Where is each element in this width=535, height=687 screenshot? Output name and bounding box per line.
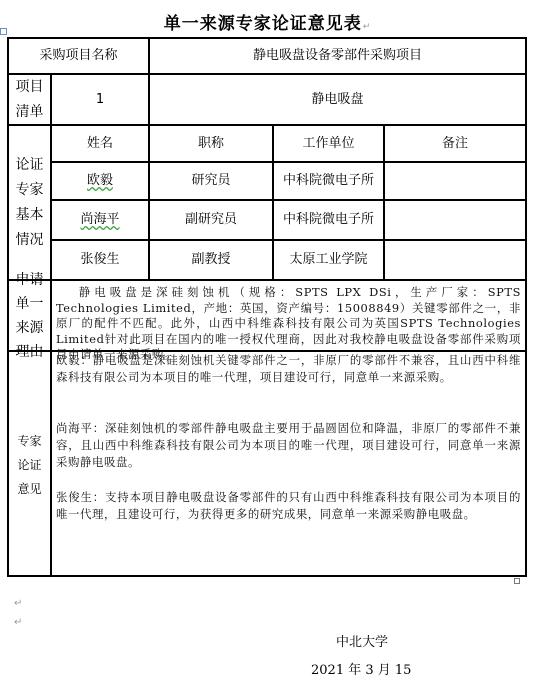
paragraph-mark-icon: ↵ — [14, 617, 22, 628]
expert-name-text: 张俊生 — [80, 252, 119, 268]
expert-name: 欧毅 — [52, 163, 148, 199]
expert-title-text: 副研究员 — [185, 212, 237, 228]
reason-label-line: 来源 — [16, 316, 44, 340]
expert-opinion-table: 采购项目名称 静电吸盘设备零部件采购项目 项目 清单 1 静电吸盘 论证 专家 … — [7, 37, 527, 577]
expert-unit: 中科院微电子所 — [274, 163, 383, 199]
header-text: 姓名 — [87, 136, 113, 152]
project-name-value-text: 静电吸盘设备零部件采购项目 — [253, 48, 422, 64]
header-text: 工作单位 — [302, 136, 354, 152]
signature-date-text: 2021 年 3 月 15 — [311, 663, 411, 678]
opinion-label-line: 论证 — [17, 453, 41, 477]
expert-unit: 中科院微电子所 — [274, 201, 383, 239]
opinion-label-line: 意见 — [17, 477, 41, 501]
experts-label-line: 论证 — [16, 153, 44, 178]
opinion-shanghaiping: 尚海平：深硅刻蚀机的零部件静电吸盘主要用于晶圆固位和降温，非原厂的零部件不兼容，… — [56, 420, 521, 471]
paragraph-mark-icon: ↵ — [14, 598, 22, 609]
expert-title: 副教授 — [150, 241, 272, 279]
expert-name-text: 欧毅 — [87, 173, 113, 189]
expert-note — [385, 241, 525, 279]
expert-name: 张俊生 — [52, 241, 148, 279]
header-unit: 工作单位 — [274, 126, 383, 161]
expert-note — [385, 163, 525, 199]
expert-title-text: 研究员 — [191, 173, 230, 189]
item-name: 静电吸盘 — [150, 75, 525, 124]
reason-text: 静电吸盘是深硅刻蚀机（规格：SPTS LPX DSi，生产厂家：SPTS Tec… — [56, 285, 521, 363]
experts-label-line: 专家 — [16, 178, 44, 203]
project-name-value: 静电吸盘设备零部件采购项目 — [150, 39, 525, 73]
header-name: 姓名 — [52, 126, 148, 161]
expert-name-text: 尚海平 — [80, 212, 119, 228]
project-name-label: 采购项目名称 — [9, 39, 148, 73]
header-text: 职称 — [198, 136, 224, 152]
reason-label-line: 申请 — [16, 268, 44, 292]
expert-name: 尚海平 — [52, 201, 148, 239]
item-name-text: 静电吸盘 — [311, 92, 363, 108]
item-list-label-line: 项目 — [16, 75, 44, 100]
header-note: 备注 — [385, 126, 525, 161]
opinion-text: 欧毅：静电吸盘是深硅刻蚀机关键零部件之一，非原厂的零部件不兼容，且山西中科维森科… — [56, 353, 521, 384]
expert-unit: 太原工业学院 — [274, 241, 383, 279]
document-title: 单一来源专家论证意见表↵ — [0, 9, 535, 34]
item-number-text: 1 — [96, 92, 104, 108]
opinion-zhangjunsheng: 张俊生：支持本项目静电吸盘设备零部件的只有山西中科维森科技有限公司为本项目的唯一… — [56, 489, 521, 523]
expert-title: 研究员 — [150, 163, 272, 199]
item-list-label-line: 清单 — [16, 100, 44, 125]
expert-note — [385, 201, 525, 239]
expert-unit-text: 中科院微电子所 — [283, 212, 374, 228]
reason-paragraph: 静电吸盘是深硅刻蚀机（规格：SPTS LPX DSi，生产厂家：SPTS Tec… — [56, 285, 521, 361]
opinion-text: 张俊生：支持本项目静电吸盘设备零部件的只有山西中科维森科技有限公司为本项目的唯一… — [56, 490, 521, 521]
expert-title-text: 副教授 — [191, 252, 230, 268]
opinion-label-line: 专家 — [17, 429, 41, 453]
header-text: 备注 — [442, 136, 468, 152]
reason-label: 申请 单一 来源 理由 — [9, 281, 50, 350]
signature-org: 中北大学 — [336, 631, 388, 650]
header-title: 职称 — [150, 126, 272, 161]
paragraph-mark-icon: ↵ — [363, 22, 372, 32]
table-resize-handle-icon[interactable] — [514, 578, 520, 584]
project-name-label-text: 采购项目名称 — [39, 48, 117, 64]
item-number: 1 — [52, 75, 148, 124]
item-list-label: 项目 清单 — [9, 75, 50, 124]
experts-label-line: 情况 — [16, 228, 44, 253]
signature-org-text: 中北大学 — [336, 635, 388, 650]
opinion-text: 尚海平：深硅刻蚀机的零部件静电吸盘主要用于晶圆固位和降温，非原厂的零部件不兼容，… — [56, 421, 521, 469]
experts-section-label: 论证 专家 基本 情况 — [9, 126, 50, 279]
opinion-ouyi: 欧毅：静电吸盘是深硅刻蚀机关键零部件之一，非原厂的零部件不兼容，且山西中科维森科… — [56, 352, 521, 386]
signature-date: 2021 年 3 月 15 — [311, 659, 411, 678]
reason-label-line: 单一 — [16, 292, 44, 316]
title-text: 单一来源专家论证意见表 — [164, 14, 362, 34]
table-move-handle-icon[interactable] — [0, 28, 7, 35]
expert-title: 副研究员 — [150, 201, 272, 239]
opinion-label: 专家 论证 意见 — [9, 352, 50, 577]
experts-label-line: 基本 — [16, 203, 44, 228]
expert-unit-text: 太原工业学院 — [289, 252, 367, 268]
expert-unit-text: 中科院微电子所 — [283, 173, 374, 189]
